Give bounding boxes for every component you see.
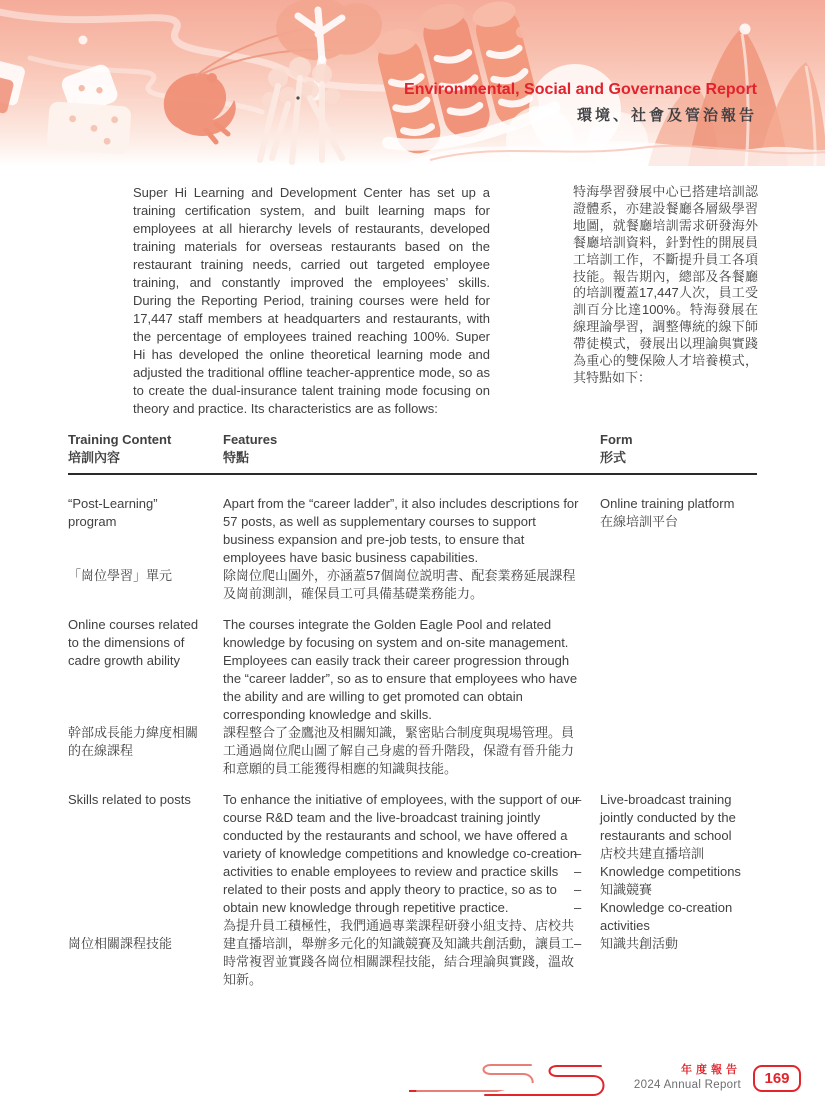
features-zh: 課程整合了金鷹池及相關知識，緊密貼合制度與現場管理。員工通過崗位爬山圖了解自己身… xyxy=(223,724,586,778)
training-table: Training Content 培訓內容 Features 特點 Form 形… xyxy=(68,431,757,989)
list-item: 知識競賽 xyxy=(574,881,757,899)
cell-form xyxy=(600,616,757,778)
column-header-zh: 特點 xyxy=(223,449,590,467)
content-en: Online courses related to the dimensions… xyxy=(68,616,209,670)
pearl-icon xyxy=(79,36,88,45)
pearl-icon xyxy=(740,24,751,35)
cell-form: Online training platform 在線培訓平台 xyxy=(600,495,757,603)
list-item: Knowledge competitions xyxy=(574,863,757,881)
content-zh: 崗位相關課程技能 xyxy=(68,935,209,953)
cell-form: Live-broadcast training jointly conducte… xyxy=(600,791,757,989)
cell-training-content: Skills related to posts 崗位相關課程技能 xyxy=(68,791,223,989)
intro-section: Super Hi Learning and Development Center… xyxy=(133,184,758,418)
features-zh: 為提升員工積極性，我們通過專業課程研發小組支持、店校共建直播培訓，舉辦多元化的知… xyxy=(223,917,586,989)
footer-report-label: 年度報告 2024 Annual Report xyxy=(634,1064,741,1092)
table-row: Skills related to posts 崗位相關課程技能 To enha… xyxy=(68,791,757,989)
column-header-zh: 形式 xyxy=(600,449,747,467)
speck-icon xyxy=(296,96,299,99)
column-header-zh: 培訓內容 xyxy=(68,449,213,467)
pearl-icon xyxy=(516,26,528,38)
features-en: To enhance the initiative of employees, … xyxy=(223,791,586,917)
page-footer: 年度報告 2024 Annual Report 169 xyxy=(409,1059,801,1097)
column-header-en: Training Content xyxy=(68,431,213,449)
content-en: Skills related to posts xyxy=(68,791,209,809)
table-row: Online courses related to the dimensions… xyxy=(68,616,757,778)
features-en: Apart from the “career ladder”, it also … xyxy=(223,495,586,567)
intro-paragraph-en: Super Hi Learning and Development Center… xyxy=(133,184,490,418)
enoki-mushrooms-icon xyxy=(260,57,342,162)
cell-features: To enhance the initiative of employees, … xyxy=(223,791,600,989)
cloud-scroll-ornament-icon xyxy=(409,1063,624,1097)
report-page: Environmental, Social and Governance Rep… xyxy=(0,0,825,1120)
column-header-en: Features xyxy=(223,431,590,449)
form-bullet-list: Live-broadcast training jointly conducte… xyxy=(574,791,757,953)
list-item: 知識共創活動 xyxy=(574,935,757,953)
cell-training-content: Online courses related to the dimensions… xyxy=(68,616,223,778)
form-zh: 在線培訓平台 xyxy=(600,513,757,531)
features-en: The courses integrate the Golden Eagle P… xyxy=(223,616,586,724)
footer-label-zh: 年度報告 xyxy=(634,1064,741,1077)
page-number-badge: 169 xyxy=(753,1065,801,1092)
column-header-features: Features 特點 xyxy=(223,431,600,467)
cell-features: The courses integrate the Golden Eagle P… xyxy=(223,616,600,778)
column-header-en: Form xyxy=(600,431,747,449)
list-item: Knowledge co-creation activities xyxy=(574,899,757,935)
table-row: “Post-Learning” program 「崗位學習」單元 Apart f… xyxy=(68,495,757,603)
footer-label-en: 2024 Annual Report xyxy=(634,1079,741,1092)
dice-icon xyxy=(46,62,131,155)
column-header-form: Form 形式 xyxy=(600,431,757,467)
content-en: “Post-Learning” program xyxy=(68,495,209,531)
table-header-row: Training Content 培訓內容 Features 特點 Form 形… xyxy=(68,431,757,475)
cell-training-content: “Post-Learning” program 「崗位學習」單元 xyxy=(68,495,223,603)
page-title-zh: 環境、社會及管治報告 xyxy=(404,104,757,125)
features-zh: 除崗位爬山圖外，亦涵蓋57個崗位説明書、配套業務延展課程及崗前測訓，確保員工可具… xyxy=(223,567,586,603)
intro-paragraph-zh: 特海學習發展中心已搭建培訓認證體系，亦建設餐廳各層級學習地圖，就餐廳培訓需求研發… xyxy=(573,184,758,418)
cell-features: Apart from the “career ladder”, it also … xyxy=(223,495,600,603)
list-item: 店校共建直播培訓 xyxy=(574,845,757,863)
content-zh: 「崗位學習」單元 xyxy=(68,567,209,585)
column-header-training-content: Training Content 培訓內容 xyxy=(68,431,223,467)
basket-icon xyxy=(0,56,26,116)
form-en: Online training platform xyxy=(600,495,757,513)
page-header: Environmental, Social and Governance Rep… xyxy=(404,80,757,125)
page-title-en: Environmental, Social and Governance Rep… xyxy=(404,80,757,99)
content-zh: 幹部成長能力緯度相關的在線課程 xyxy=(68,724,209,760)
list-item: Live-broadcast training jointly conducte… xyxy=(574,791,757,845)
